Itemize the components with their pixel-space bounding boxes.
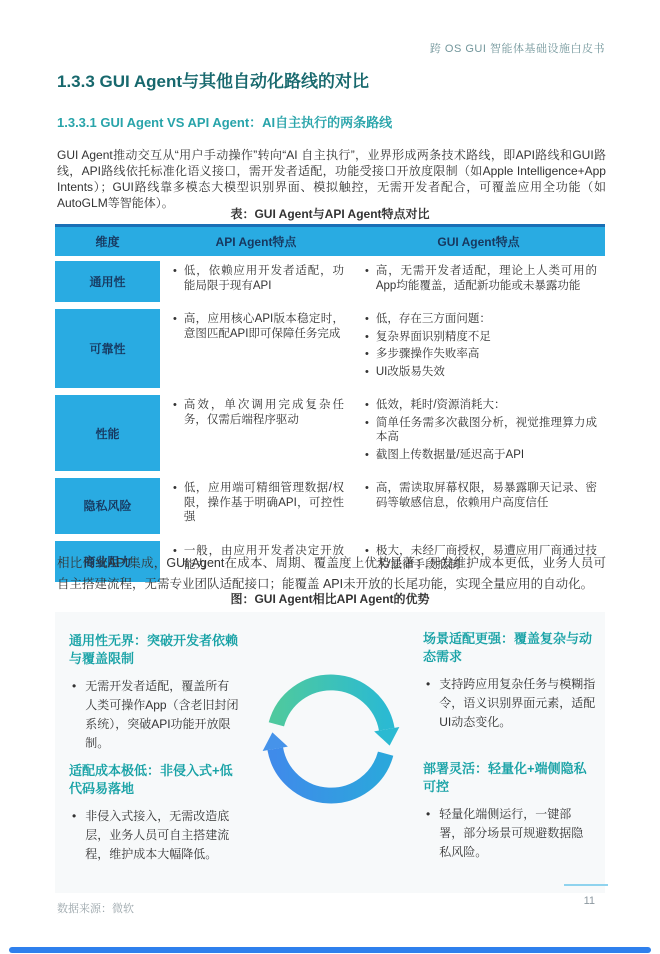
quadrant-low-cost: 适配成本极低：非侵入式+低代码易落地 非侵入式接入，无需改造底层，业务人员可自主… (69, 762, 237, 864)
gui-cell: 高，需读取屏幕权限，易暴露聊天记录、密码等敏感信息，依赖用户高度信任 (352, 478, 605, 534)
gui-cell: 低效，耗时/资源消耗大： 简单任务需多次截图分析，视觉推理算力成本高 截图上传数… (352, 395, 605, 471)
page-number: 11 (584, 895, 595, 907)
api-cell: 低，依赖应用开发者适配，功能局限于现有API (160, 261, 352, 302)
api-cell: 高效，单次调用完成复杂任务，仅需后端程序驱动 (160, 395, 352, 471)
bullet-item: 低，依赖应用开发者适配，功能局限于现有API (173, 264, 344, 293)
quadrant-bullet: 非侵入式接入，无需改造底层，业务人员可自主搭建流程，维护成本大幅降低。 (69, 807, 237, 864)
cycle-arrows-icon (248, 652, 414, 826)
table-header-gui: GUI Agent特点 (352, 233, 605, 250)
subsection-title: 1.3.3.1 GUI Agent VS API Agent：AI自主执行的两条… (57, 112, 617, 131)
bullet-item: UI改版易失效 (365, 365, 597, 380)
summary-paragraph: 相比传统API集成，GUI Agent在成本、周期、覆盖度上优势显著：开发维护成… (57, 553, 606, 595)
bullet-item: 截图上传数据量/延迟高于API (365, 448, 597, 463)
cycle-top-arc (276, 682, 386, 729)
table-row: 可靠性 高，应用核心API版本稳定时，意图匹配API即可保障任务完成 低，存在三… (55, 309, 605, 388)
comparison-table: 维度 API Agent特点 GUI Agent特点 通用性 低，依赖应用开发者… (55, 224, 605, 589)
bullet-item: 低，应用端可精细管理数据/权限，操作基于明确API，可控性强 (173, 481, 344, 525)
quadrant-title: 通用性无界：突破开发者依赖与覆盖限制 (69, 632, 241, 668)
quadrant-universality: 通用性无界：突破开发者依赖与覆盖限制 无需开发者适配，覆盖所有人类可操作App（… (69, 632, 241, 753)
cycle-bottom-arc (275, 749, 385, 796)
table-row: 性能 高效，单次调用完成复杂任务，仅需后端程序驱动 低效，耗时/资源消耗大： 简… (55, 395, 605, 471)
gui-cell: 低，存在三方面问题： 复杂界面识别精度不足 多步骤操作失败率高 UI改版易失效 (352, 309, 605, 388)
dimension-cell: 性能 (55, 395, 160, 471)
table-header-row: 维度 API Agent特点 GUI Agent特点 (55, 224, 605, 256)
bullet-item: 高，需读取屏幕权限，易暴露聊天记录、密码等敏感信息，依赖用户高度信任 (365, 481, 597, 510)
bullet-item: 高，应用核心API版本稳定时，意图匹配API即可保障任务完成 (173, 312, 344, 341)
table-row: 隐私风险 低，应用端可精细管理数据/权限，操作基于明确API，可控性强 高，需读… (55, 478, 605, 534)
page-number-rule (564, 884, 608, 886)
bullet-item: 低效，耗时/资源消耗大： (365, 398, 597, 413)
bullet-item: 高效，单次调用完成复杂任务，仅需后端程序驱动 (173, 398, 344, 427)
bullet-item: 简单任务需多次截图分析，视觉推理算力成本高 (365, 416, 597, 445)
api-cell: 低，应用端可精细管理数据/权限，操作基于明确API，可控性强 (160, 478, 352, 534)
dimension-cell: 可靠性 (55, 309, 160, 388)
cycle-left-arrowhead (263, 732, 288, 751)
quadrant-bullet: 轻量化端侧运行，一键部署，部分场景可规避数据隐私风险。 (423, 805, 595, 862)
table-caption: 表：GUI Agent与API Agent特点对比 (0, 205, 660, 222)
bullet-item: 复杂界面识别精度不足 (365, 330, 597, 345)
dimension-cell: 通用性 (55, 261, 160, 302)
bottom-accent-bar (9, 947, 651, 953)
doc-header-title: 跨 OS GUI 智能体基础设施白皮书 (430, 40, 605, 56)
quadrant-scenario-fit: 场景适配更强：覆盖复杂与动态需求 支持跨应用复杂任务与模糊指令，语义识别界面元素… (423, 630, 599, 732)
bullet-item: 多步骤操作失败率高 (365, 347, 597, 362)
table-row: 通用性 低，依赖应用开发者适配，功能局限于现有API 高，无需开发者适配，理论上… (55, 261, 605, 302)
figure-caption: 图：GUI Agent相比API Agent的优势 (0, 590, 660, 607)
table-header-api: API Agent特点 (160, 233, 352, 250)
document-page: 跨 OS GUI 智能体基础设施白皮书 1.3.3 GUI Agent与其他自动… (0, 0, 660, 954)
table-header-dimension: 维度 (55, 233, 160, 250)
gui-cell: 高，无需开发者适配，理论上人类可用的App均能覆盖，适配新功能或未暴露功能 (352, 261, 605, 302)
quadrant-flexible-deploy: 部署灵活：轻量化+端侧隐私可控 轻量化端侧运行，一键部署，部分场景可规避数据隐私… (423, 760, 595, 862)
advantages-figure: 通用性无界：突破开发者依赖与覆盖限制 无需开发者适配，覆盖所有人类可操作App（… (55, 612, 605, 893)
data-source: 数据来源：微软 (57, 900, 134, 916)
quadrant-title: 部署灵活：轻量化+端侧隐私可控 (423, 760, 595, 796)
page-number-block: 11 (564, 884, 608, 907)
bullet-item: 低，存在三方面问题： (365, 312, 597, 327)
api-cell: 高，应用核心API版本稳定时，意图匹配API即可保障任务完成 (160, 309, 352, 388)
bullet-item: 高，无需开发者适配，理论上人类可用的App均能覆盖，适配新功能或未暴露功能 (365, 264, 597, 293)
dimension-cell: 隐私风险 (55, 478, 160, 534)
quadrant-bullet: 无需开发者适配，覆盖所有人类可操作App（含老旧封闭系统），突破API功能开放限… (69, 677, 241, 753)
quadrant-title: 适配成本极低：非侵入式+低代码易落地 (69, 762, 237, 798)
intro-paragraph: GUI Agent推动交互从“用户手动操作”转向“AI 自主执行”，业界形成两条… (57, 147, 606, 211)
quadrant-title: 场景适配更强：覆盖复杂与动态需求 (423, 630, 599, 666)
page-footer: 数据来源：微软 11 (57, 884, 608, 916)
cycle-right-arrowhead (374, 727, 399, 746)
quadrant-bullet: 支持跨应用复杂任务与模糊指令，语义识别界面元素，适配UI动态变化。 (423, 675, 599, 732)
section-title: 1.3.3 GUI Agent与其他自动化路线的对比 (57, 67, 617, 92)
